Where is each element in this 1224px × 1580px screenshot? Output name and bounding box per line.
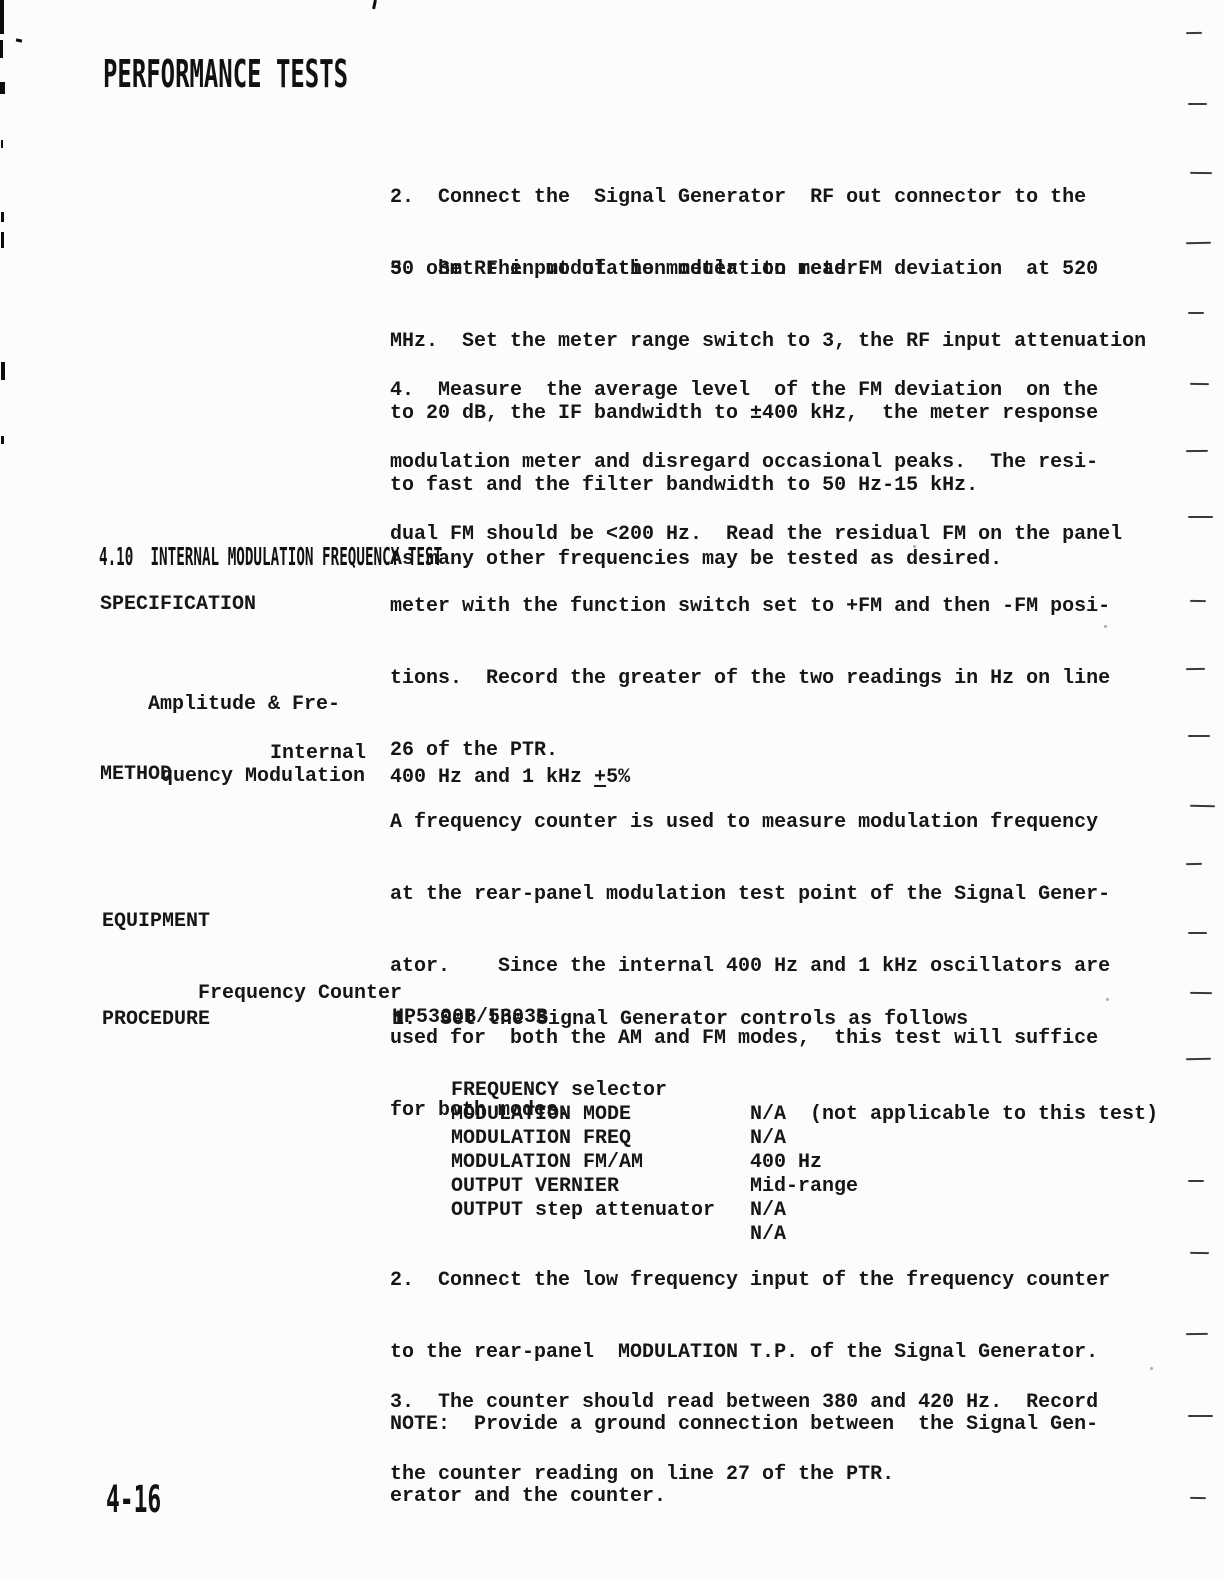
- text-line: at the rear-panel modulation test point …: [390, 883, 1110, 907]
- scan-edge-mark: [1, 436, 4, 444]
- text-line: the counter reading on line 27 of the PT…: [390, 1463, 1098, 1487]
- margin-dash-mark: [1190, 1252, 1209, 1254]
- setting-value: N/A: [750, 1199, 786, 1223]
- margin-dash-mark: [1188, 932, 1207, 934]
- margin-dash-mark: [1186, 1058, 1211, 1060]
- text-line: A frequency counter is used to measure m…: [390, 811, 1110, 835]
- text-line: modulation meter and disregard occasiona…: [390, 451, 1122, 475]
- scan-edge-mark: [16, 38, 22, 42]
- scanned-manual-page: PERFORMANCE TESTS 2. Connect the Signal …: [0, 0, 1224, 1580]
- text-line: 3. The counter should read between 380 a…: [390, 1391, 1098, 1415]
- specification-label: SPECIFICATION: [100, 593, 256, 617]
- setting-value: N/A (not applicable to this test): [750, 1103, 1158, 1127]
- procedure-step-3: 3. The counter should read between 380 a…: [390, 1343, 1098, 1535]
- text-line: 3. Set the modulation meter to read FM d…: [390, 258, 1146, 282]
- scan-edge-mark: [1104, 625, 1107, 628]
- internal-label: Internal: [270, 742, 366, 765]
- text-line: ator. Since the internal 400 Hz and 1 kH…: [390, 955, 1110, 979]
- setting-value: N/A: [750, 1127, 786, 1151]
- text-line: tions. Record the greater of the two rea…: [390, 667, 1122, 691]
- equipment-label: EQUIPMENT: [102, 910, 210, 934]
- margin-dash-mark: [1188, 735, 1210, 737]
- section-heading: 4.10 INTERNAL MODULATION FREQUENCY TEST: [99, 542, 442, 571]
- margin-dash-mark: [1186, 863, 1202, 865]
- scan-edge-mark: [0, 0, 4, 34]
- setting-name: OUTPUT step attenuator: [451, 1199, 715, 1222]
- setting-value: Mid-range: [750, 1175, 858, 1199]
- margin-dash-mark: [1190, 600, 1206, 602]
- margin-dash-mark: [1186, 450, 1208, 452]
- scan-edge-mark: [1, 212, 4, 222]
- text-line: 2. Connect the Signal Generator RF out c…: [390, 186, 1086, 210]
- text-line: 26 of the PTR.: [390, 739, 1122, 763]
- margin-dash-mark: [1186, 1333, 1208, 1335]
- margin-dash-mark: [1190, 172, 1212, 174]
- equipment-item: Frequency Counter: [198, 982, 402, 1005]
- procedure-label: PROCEDURE: [102, 1008, 210, 1032]
- margin-dash-mark: [1190, 992, 1212, 994]
- margin-dash-mark: [1188, 103, 1207, 105]
- specification-internal-row: Internal 400 Hz and 1 kHz +5%: [222, 718, 366, 814]
- setting-value: 400 Hz: [750, 1151, 822, 1175]
- margin-dash-mark: [1186, 668, 1205, 670]
- procedure-step-1: 1. Set the Signal Generator controls as …: [392, 1008, 968, 1032]
- scan-edge-mark: [1, 140, 3, 148]
- text-line: Amplitude & Fre-: [148, 693, 365, 717]
- scan-edge-mark: [1150, 1367, 1153, 1370]
- scan-edge-mark: [0, 40, 3, 58]
- page-title: PERFORMANCE TESTS: [103, 52, 348, 96]
- method-label: METHOD: [100, 763, 172, 787]
- margin-dash-mark: [1188, 516, 1213, 518]
- margin-dash-mark: [1190, 805, 1215, 807]
- margin-dash-mark: [1190, 1497, 1206, 1499]
- margin-dash-mark: [1188, 312, 1204, 314]
- scan-edge-mark: [1, 232, 4, 248]
- margin-dash-mark: [1186, 242, 1211, 244]
- scan-edge-mark: [1106, 998, 1109, 1001]
- text-line: As many other frequencies may be tested …: [390, 548, 1002, 572]
- margin-dash-mark: [1190, 383, 1209, 385]
- text-line: 4. Measure the average level of the FM d…: [390, 379, 1122, 403]
- scan-edge-mark: [372, 0, 377, 9]
- margin-dash-mark: [1188, 1180, 1204, 1182]
- margin-dash-mark: [1186, 32, 1202, 34]
- margin-dash-mark: [1188, 1415, 1213, 1417]
- page-number: 4-16: [106, 1478, 161, 1521]
- paragraph-note: As many other frequencies may be tested …: [390, 500, 1002, 620]
- equipment-row: Frequency Counter HP5300B/5303B: [150, 958, 402, 1054]
- scan-edge-mark: [913, 545, 916, 548]
- scan-edge-mark: [1, 362, 5, 380]
- scan-edge-mark: [0, 82, 5, 94]
- text-line: 2. Connect the low frequency input of th…: [390, 1269, 1110, 1293]
